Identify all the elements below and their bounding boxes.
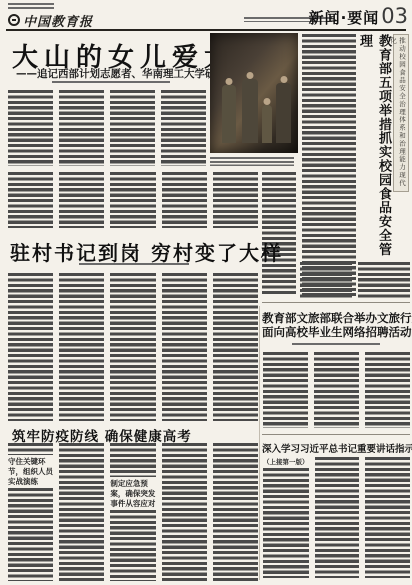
text-column <box>365 352 410 428</box>
text-column <box>162 172 207 228</box>
text-column <box>213 443 258 581</box>
text-column <box>314 352 359 428</box>
person-silhouette <box>242 79 258 143</box>
feature-byline <box>52 81 170 85</box>
divider-rule <box>262 434 410 435</box>
person-silhouette <box>222 85 236 143</box>
column-divider-rule <box>259 306 260 580</box>
logo-emblem-icon <box>8 14 20 26</box>
text-column: 制定应急预案，确保突发事件从容应对 <box>110 443 155 581</box>
recruit-byline <box>292 343 380 347</box>
newspaper-page: 中国教育报 新闻·要闻 03 大山的女儿爱大山 ——追记西部计划志愿者、华南理工… <box>0 0 412 585</box>
photo-caption <box>210 157 294 166</box>
text-column <box>110 273 155 421</box>
text-block <box>110 443 155 477</box>
text-column <box>315 457 360 578</box>
news-photo <box>210 33 298 153</box>
text-block <box>110 510 155 581</box>
text-column <box>161 90 206 166</box>
food-safety-kicker: 推动校园食品安全治理体系和治理能力现代化 <box>393 34 409 192</box>
text-block <box>8 488 53 581</box>
text-column <box>59 443 104 581</box>
section-block: 新闻·要闻 03 <box>309 4 408 28</box>
continued-from-note: （上接第一版） <box>263 457 309 466</box>
paper-logo-text: 中国教育报 <box>23 11 93 30</box>
village-headline: 驻村书记到岗 穷村变了大样 <box>10 237 258 266</box>
text-column <box>8 90 53 166</box>
text-column <box>300 262 352 298</box>
text-column <box>213 273 258 421</box>
text-column <box>59 172 104 228</box>
feature-subtitle: ——追记西部计划志愿者、华南理工大学研究生李莎 <box>16 66 221 81</box>
village-body <box>8 273 258 421</box>
paper-logo: 中国教育报 <box>8 11 93 29</box>
text-column <box>365 457 410 578</box>
text-column <box>8 172 53 228</box>
gaokao-body: 守住关键环节，组织人员实战演练 制定应急预案，确保突发事件从容应对 <box>8 443 258 581</box>
text-column <box>59 273 104 421</box>
gaokao-subhead-2: 制定应急预案，确保突发事件从容应对 <box>110 479 155 508</box>
text-column <box>8 273 53 421</box>
text-block <box>263 468 309 578</box>
gaokao-subhead-1: 守住关键环节，组织人员实战演练 <box>8 457 53 486</box>
text-column <box>110 90 155 166</box>
text-column: 守住关键环节，组织人员实战演练 <box>8 443 53 581</box>
food-safety-body-column <box>262 172 296 296</box>
study-body: （上接第一版） <box>263 457 410 578</box>
food-safety-headline: 教育部五项举措抓实校园食品安全管理 <box>357 34 393 260</box>
recruit-body <box>263 352 410 428</box>
text-column: （上接第一版） <box>263 457 309 578</box>
feature-body-upper <box>8 90 206 166</box>
text-column <box>110 172 155 228</box>
gaokao-headline: 筑牢防疫防线 确保健康高考 <box>12 425 212 445</box>
recruit-headline-line2: 面向高校毕业生网络招聘活动 <box>262 324 410 340</box>
page-number: 03 <box>381 4 408 28</box>
text-column <box>358 262 410 298</box>
text-column <box>162 273 207 421</box>
text-column <box>263 352 308 428</box>
section-label: 新闻·要闻 <box>309 7 380 28</box>
text-column <box>213 172 258 228</box>
study-headline: 深入学习习近平总书记重要讲话指示精神 <box>262 441 410 455</box>
date-text <box>8 3 54 10</box>
village-byline <box>79 263 189 267</box>
masthead-rule <box>6 29 406 31</box>
person-silhouette <box>262 105 272 143</box>
text-column <box>162 443 207 581</box>
food-safety-body-bottom <box>300 262 410 298</box>
text-block <box>8 443 53 455</box>
feature-body-lower <box>8 172 258 228</box>
divider-rule <box>262 302 410 303</box>
person-silhouette <box>276 83 291 143</box>
food-safety-body-column <box>302 34 356 296</box>
text-column <box>59 90 104 166</box>
